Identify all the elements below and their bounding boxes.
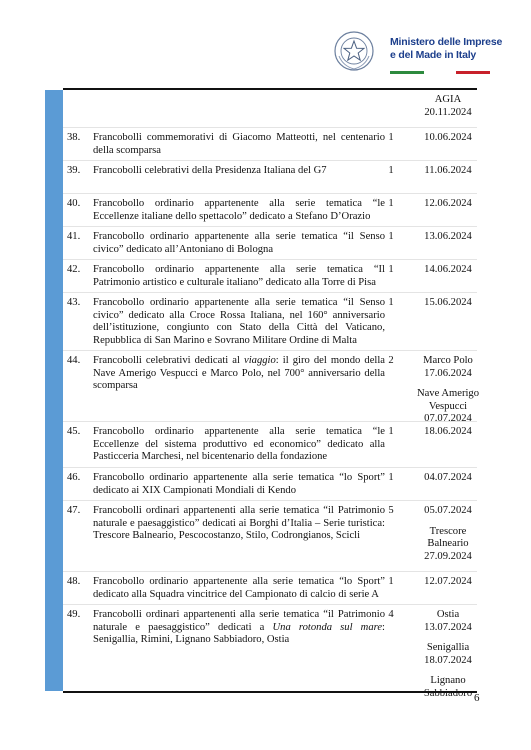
- issue-date-group: Nave AmerigoVespucci07.07.2024: [415, 388, 481, 426]
- issue-date-group: Senigallia18.07.2024: [415, 642, 481, 667]
- issue-date-group: 11.06.2024: [415, 165, 481, 178]
- row-quantity: 1: [381, 426, 401, 439]
- row-issue-dates: 13.06.2024: [415, 231, 481, 252]
- row-description: Francobolli ordinari appartenenti alla s…: [93, 505, 385, 543]
- table-row: 43.Francobollo ordinario appartenente al…: [63, 293, 477, 351]
- table-row: 47.Francobolli ordinari appartenenti all…: [63, 501, 477, 572]
- row-number: 48.: [67, 576, 80, 589]
- issue-date-group: 10.06.2024: [415, 132, 481, 145]
- row-description: Francobollo ordinario appartenente alla …: [93, 297, 385, 347]
- page-number: 6: [474, 692, 480, 704]
- table-row: 40.Francobollo ordinario appartenente al…: [63, 194, 477, 227]
- row-description: Francobollo ordinario appartenente alla …: [93, 264, 385, 289]
- issue-date-group: 13.06.2024: [415, 231, 481, 244]
- row-description: Francobollo ordinario appartenente alla …: [93, 426, 385, 464]
- issue-date-group: AGIA20.11.2024: [415, 94, 481, 119]
- table-row: 41.Francobollo ordinario appartenente al…: [63, 227, 477, 260]
- table-row: 46.Francobollo ordinario appartenente al…: [63, 468, 477, 501]
- ministry-name: Ministero delle Imprese e del Made in It…: [390, 36, 502, 62]
- row-issue-dates: AGIA20.11.2024: [415, 94, 481, 127]
- row-description: Francobollo ordinario appartenente alla …: [93, 472, 385, 497]
- row-quantity: 5: [381, 505, 401, 518]
- row-quantity: 1: [381, 472, 401, 485]
- row-number: 47.: [67, 505, 80, 518]
- row-quantity: 1: [381, 165, 401, 178]
- issue-date-group: 05.07.2024: [415, 505, 481, 518]
- ministry-name-line1: Ministero delle Imprese: [390, 36, 502, 49]
- table-bottom-border: [63, 691, 477, 693]
- row-issue-dates: 12.07.2024: [415, 576, 481, 597]
- italian-republic-emblem-icon: [333, 30, 375, 72]
- issue-date-group: Marco Polo17.06.2024: [415, 355, 481, 380]
- row-number: 46.: [67, 472, 80, 485]
- row-description: Francobolli commemorativi di Giacomo Mat…: [93, 132, 385, 157]
- row-issue-dates: Ostia13.07.2024Senigallia18.07.2024Ligna…: [415, 609, 481, 709]
- row-description: Francobollo ordinario appartenente alla …: [93, 231, 385, 256]
- row-quantity: 2: [381, 355, 401, 368]
- row-issue-dates: 12.06.2024: [415, 198, 481, 219]
- issue-date-group: LignanoSabbiadoro: [415, 675, 481, 700]
- issue-date-group: 18.06.2024: [415, 426, 481, 439]
- issue-date-group: Ostia13.07.2024: [415, 609, 481, 634]
- table-side-bar: [45, 90, 63, 691]
- row-description: Francobollo ordinario appartenente alla …: [93, 576, 385, 601]
- row-issue-dates: 14.06.2024: [415, 264, 481, 285]
- row-quantity: 1: [381, 198, 401, 211]
- table-row: 42.Francobollo ordinario appartenente al…: [63, 260, 477, 293]
- issue-date-group: 12.06.2024: [415, 198, 481, 211]
- issue-date-group: TrescoreBalneario27.09.2024: [415, 526, 481, 564]
- row-quantity: 1: [381, 297, 401, 310]
- row-description: Francobolli celebrativi dedicati al viag…: [93, 355, 385, 393]
- issue-date-group: 04.07.2024: [415, 472, 481, 485]
- table-row: 45.Francobollo ordinario appartenente al…: [63, 422, 477, 468]
- row-issue-dates: 18.06.2024: [415, 426, 481, 447]
- row-issue-dates: 11.06.2024: [415, 165, 481, 186]
- row-number: 42.: [67, 264, 80, 277]
- row-number: 45.: [67, 426, 80, 439]
- row-quantity: 1: [381, 231, 401, 244]
- flag-stripe-red: [456, 71, 490, 74]
- row-issue-dates: 15.06.2024: [415, 297, 481, 318]
- table-row: AGIA20.11.2024: [63, 90, 477, 128]
- table-row: 48.Francobollo ordinario appartenente al…: [63, 572, 477, 605]
- table-row: 38.Francobolli commemorativi di Giacomo …: [63, 128, 477, 161]
- row-number: 39.: [67, 165, 80, 178]
- row-number: 40.: [67, 198, 80, 211]
- issue-date-group: 12.07.2024: [415, 576, 481, 589]
- row-description: Francobolli ordinari appartenenti alla s…: [93, 609, 385, 647]
- table-body: AGIA20.11.202438.Francobolli commemorati…: [63, 90, 477, 691]
- table-row: 49.Francobolli ordinari appartenenti all…: [63, 605, 477, 691]
- row-description: Francobolli celebrativi della Presidenza…: [93, 165, 385, 178]
- row-issue-dates: 05.07.2024TrescoreBalneario27.09.2024: [415, 505, 481, 571]
- row-number: 43.: [67, 297, 80, 310]
- row-number: 44.: [67, 355, 80, 368]
- row-quantity: 1: [381, 132, 401, 145]
- flag-stripe-green: [390, 71, 424, 74]
- row-description: Francobollo ordinario appartenente alla …: [93, 198, 385, 223]
- row-quantity: 1: [381, 576, 401, 589]
- issue-date-group: 14.06.2024: [415, 264, 481, 277]
- row-number: 49.: [67, 609, 80, 622]
- row-issue-dates: 04.07.2024: [415, 472, 481, 493]
- table-row: 44.Francobolli celebrativi dedicati al v…: [63, 351, 477, 422]
- ministry-name-line2: e del Made in Italy: [390, 49, 502, 62]
- row-quantity: 4: [381, 609, 401, 622]
- ministry-logo: Ministero delle Imprese e del Made in It…: [333, 30, 523, 78]
- row-number: 38.: [67, 132, 80, 145]
- row-issue-dates: 10.06.2024: [415, 132, 481, 153]
- issue-date-group: 15.06.2024: [415, 297, 481, 310]
- row-quantity: 1: [381, 264, 401, 277]
- row-number: 41.: [67, 231, 80, 244]
- table-row: 39.Francobolli celebrativi della Preside…: [63, 161, 477, 194]
